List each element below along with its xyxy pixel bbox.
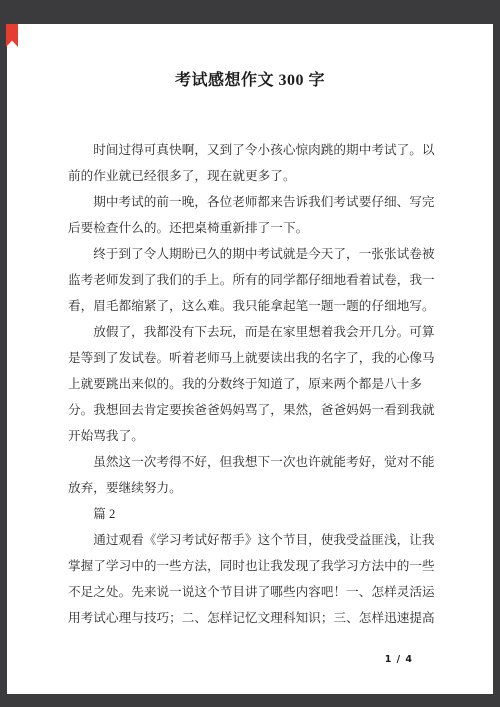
text-line: 通过观看《学习考试好帮手》这个节目，使我受益匪浅，让我	[68, 527, 438, 553]
text-line: 终于到了令人期盼已久的期中考试就是今天了，一张张试卷被	[68, 241, 438, 267]
text-line: 分。我想回去肯定要挨爸爸妈妈骂了，果然，爸爸妈妈一看到我就	[68, 397, 438, 423]
text-line: 时间过得可真快啊，又到了令小孩心惊肉跳的期中考试了。以	[68, 137, 438, 163]
document-viewer: 考试感想作文 300 字 时间过得可真快啊，又到了令小孩心惊肉跳的期中考试了。以…	[0, 0, 500, 707]
text-line: 用考试心理与技巧；二、怎样记忆文理科知识；三、怎样迅速提高	[68, 605, 438, 631]
page-number: 1 / 4	[385, 654, 413, 665]
text-line: 放假了，我都没有下去玩，而是在家里想着我会开几分。可算	[68, 319, 438, 345]
text-line: 后要检查什么的。还把桌椅重新排了一下。	[68, 215, 438, 241]
document-title: 考试感想作文 300 字	[7, 67, 493, 90]
text-line: 前的作业就已经很多了，现在就更多了。	[68, 163, 438, 189]
document-page: 考试感想作文 300 字 时间过得可真快啊，又到了令小孩心惊肉跳的期中考试了。以…	[7, 24, 493, 694]
text-line: 看，眉毛都缩紧了，这么难。我只能拿起笔一题一题的仔细地写。	[68, 293, 438, 319]
text-line: 上就要跳出来似的。我的分数终于知道了，原来两个都是八十多	[68, 371, 438, 397]
document-body: 时间过得可真快啊，又到了令小孩心惊肉跳的期中考试了。以前的作业就已经很多了，现在…	[68, 137, 438, 631]
text-line: 是等到了发试卷。听着老师马上就要读出我的名字了，我的心像马	[68, 345, 438, 371]
text-line: 开始骂我了。	[68, 423, 438, 449]
text-line: 掌握了学习中的一些方法，同时也让我发现了我学习方法中的一些	[68, 553, 438, 579]
text-line: 虽然这一次考得不好，但我想下一次也许就能考好，觉对不能	[68, 449, 438, 475]
text-line: 期中考试的前一晚，各位老师都来告诉我们考试要仔细、写完	[68, 189, 438, 215]
text-line: 放弃，要继续努力。	[68, 475, 438, 501]
text-line: 不足之处。先来说一说这个节目讲了哪些内容吧！一、怎样灵活运	[68, 579, 438, 605]
text-line: 监考老师发到了我们的手上。所有的同学都仔细地看着试卷，我一	[68, 267, 438, 293]
text-line: 篇 2	[68, 501, 438, 527]
